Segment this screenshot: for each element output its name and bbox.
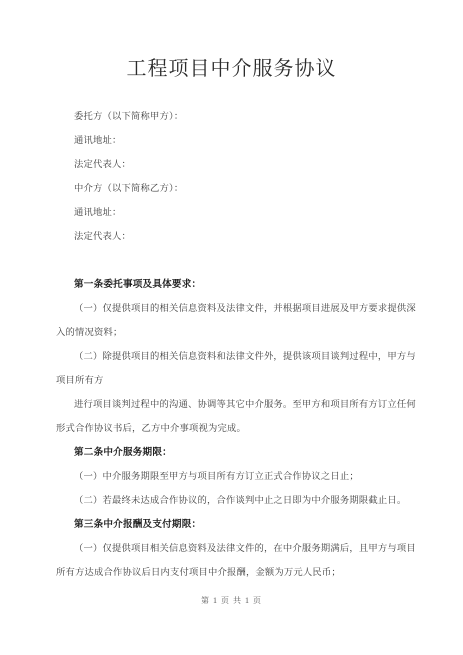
section-heading: 第三条中介报酬及支付期限： — [56, 513, 408, 537]
document-title: 工程项目中介服务协议 — [0, 54, 463, 84]
document-line: 法定代表人： — [56, 153, 408, 177]
page-footer: 第 1 页 共 1 页 — [0, 595, 463, 606]
document-page: 工程项目中介服务协议 委托方（以下简称甲方）：通讯地址：法定代表人：中介方（以下… — [0, 0, 463, 655]
document-line: 委托方（以下简称甲方）： — [56, 105, 408, 129]
document-line: 进行项目谈判过程中的沟通、协调等其它中介服务。至甲方和项目所有方订立任何 — [56, 393, 408, 417]
section-heading: 第二条中介服务期限： — [56, 441, 408, 465]
document-line — [56, 249, 408, 273]
document-line: 中介方（以下简称乙方）： — [56, 177, 408, 201]
document-line: 入的情况资料； — [56, 321, 408, 345]
document-line: 项目所有方 — [56, 369, 408, 393]
document-line: （一）仅提供项目相关信息资料及法律文件的，在中介服务期满后，且甲方与项目 — [56, 537, 408, 561]
document-line: 通讯地址： — [56, 129, 408, 153]
document-body: 委托方（以下简称甲方）：通讯地址：法定代表人：中介方（以下简称乙方）：通讯地址：… — [56, 105, 408, 585]
document-line: 所有方达成合作协议后日内支付项目中介报酬，金额为万元人民币； — [56, 561, 408, 585]
document-line: 法定代表人： — [56, 225, 408, 249]
document-line: （二）除提供项目的相关信息资料和法律文件外，提供该项目谈判过程中，甲方与 — [56, 345, 408, 369]
document-line: 形式合作协议书后，乙方中介事项视为完成。 — [56, 417, 408, 441]
document-line: （一）中介服务期限至甲方与项目所有方订立正式合作协议之日止； — [56, 465, 408, 489]
document-line: 通讯地址： — [56, 201, 408, 225]
document-line: （二）若最终未达成合作协议的，合作谈判中止之日即为中介服务期限截止日。 — [56, 489, 408, 513]
section-heading: 第一条委托事项及具体要求： — [56, 273, 408, 297]
document-line: （一）仅提供项目的相关信息资料及法律文件，并根据项目进展及甲方要求提供深 — [56, 297, 408, 321]
